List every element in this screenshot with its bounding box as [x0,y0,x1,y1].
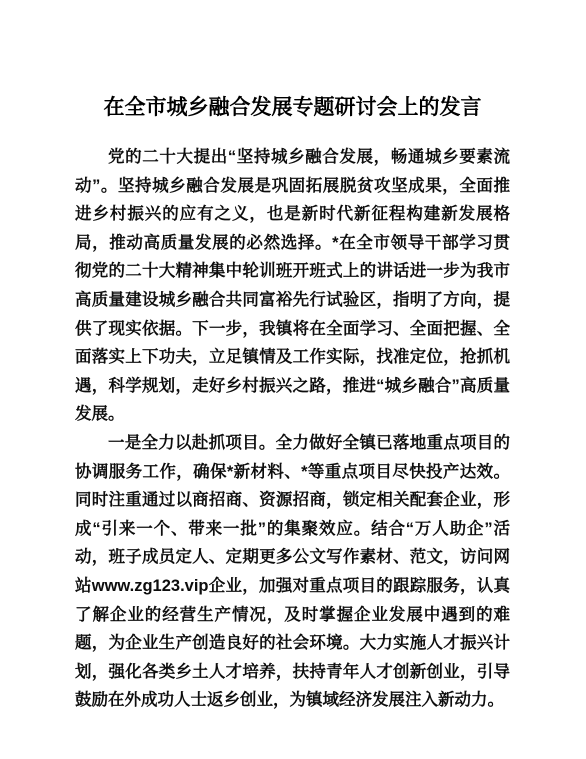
body-paragraph-2: 一是全力以赴抓项目。全力做好全镇已落地重点项目的协调服务工作，确保*新材料、*等… [75,429,510,715]
document-body: 党的二十大提出“坚持城乡融合发展，畅通城乡要素流动”。坚持城乡融合发展是巩固拓展… [75,143,510,715]
body-paragraph-1: 党的二十大提出“坚持城乡融合发展，畅通城乡要素流动”。坚持城乡融合发展是巩固拓展… [75,143,510,429]
document-title: 在全市城乡融合发展专题研讨会上的发言 [75,96,510,120]
document-page: 在全市城乡融合发展专题研讨会上的发言 党的二十大提出“坚持城乡融合发展，畅通城乡… [0,0,586,759]
